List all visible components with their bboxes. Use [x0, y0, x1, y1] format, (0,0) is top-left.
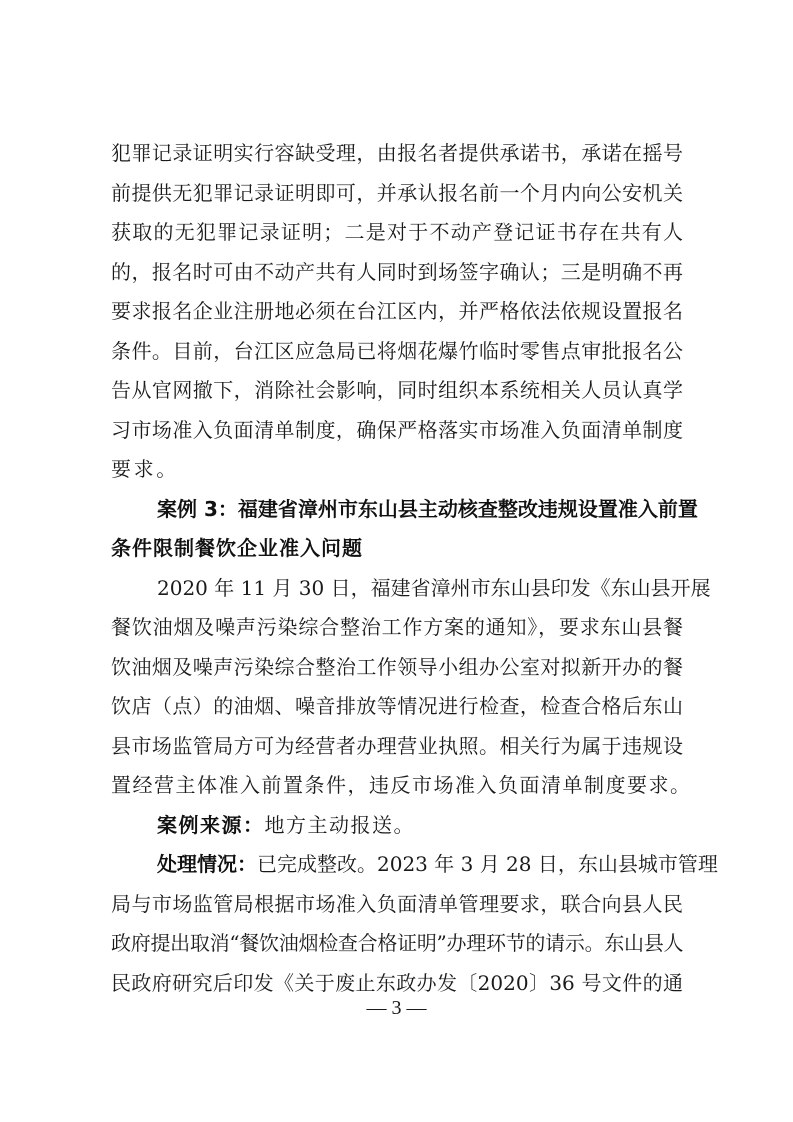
paragraph-line: 要求报名企业注册地必须在台江区内，并严格依法依规设置报名 — [111, 296, 683, 326]
paragraph-line: 条件。目前，台江区应急局已将烟花爆竹临时零售点审批报名公 — [111, 336, 683, 366]
paragraph-line: 的，报名时可由不动产共有人同时到场签字确认；三是明确不再 — [111, 257, 683, 287]
handling-line: 局与市场监管局根据市场准入负面清单管理要求，联合向县人民 — [111, 889, 683, 919]
handling-label: 处理情况： — [157, 852, 257, 876]
case-heading: 条件限制餐饮企业准入问题 — [111, 533, 683, 563]
case-source-text: 地方主动报送。 — [265, 813, 416, 837]
paragraph-line: 前提供无犯罪记录证明即可，并承认报名前一个月内向公安机关 — [111, 178, 683, 208]
handling-first-line: 处理情况：已完成整改。2023 年 3 月 28 日，东山县城市管理 — [157, 849, 683, 879]
case-body-line: 餐饮油烟及噪声污染综合整治工作方案的通知》，要求东山县餐 — [111, 612, 683, 642]
case-body-line: 县市场监管局方可为经营者办理营业执照。相关行为属于违规设 — [111, 731, 683, 761]
paragraph-line: 告从官网撤下，消除社会影响，同时组织本系统相关人员认真学 — [111, 375, 683, 405]
case-body-line: 2020 年 11 月 30 日，福建省漳州市东山县印发《东山县开展 — [157, 573, 683, 603]
handling-text: 已完成整改。2023 年 3 月 28 日，东山县城市管理 — [257, 852, 718, 876]
paragraph-line: 要求。 — [111, 454, 683, 484]
case-heading: 案例 3：福建省漳州市东山县主动核查整改违规设置准入前置 — [157, 494, 683, 524]
document-page: 犯罪记录证明实行容缺受理，由报名者提供承诺书，承诺在摇号 前提供无犯罪记录证明即… — [0, 0, 793, 1122]
handling-line: 政府提出取消“餐饮油烟检查合格证明”办理环节的请示。东山县人 — [111, 928, 683, 958]
case-body-line: 饮油烟及噪声污染综合整治工作领导小组办公室对拟新开办的餐 — [111, 652, 683, 682]
handling-line: 民政府研究后印发《关于废止东政办发〔2020〕36 号文件的通 — [111, 968, 683, 998]
page-number: — 3 — — [0, 997, 793, 1020]
case-source-label: 案例来源： — [157, 813, 265, 837]
paragraph-line: 获取的无犯罪记录证明；二是对于不动产登记证书存在共有人 — [111, 217, 683, 247]
case-source: 案例来源：地方主动报送。 — [157, 810, 683, 840]
case-body-line: 置经营主体准入前置条件，违反市场准入负面清单制度要求。 — [111, 770, 683, 800]
paragraph-line: 习市场准入负面清单制度，确保严格落实市场准入负面清单制度 — [111, 415, 683, 445]
case-body-line: 饮店（点）的油烟、噪音排放等情况进行检查，检查合格后东山 — [111, 691, 683, 721]
paragraph-line: 犯罪记录证明实行容缺受理，由报名者提供承诺书，承诺在摇号 — [111, 138, 683, 168]
